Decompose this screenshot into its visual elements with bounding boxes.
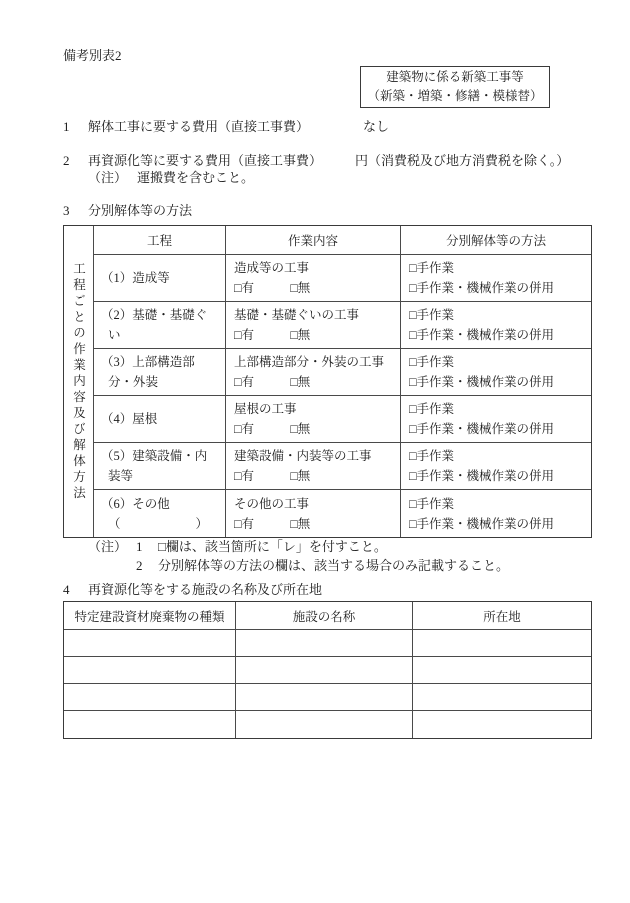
work-title: 建築設備・内装等の工事 bbox=[234, 446, 400, 466]
process-cell: （4）屋根 bbox=[94, 396, 226, 443]
process-name: （1）造成等 bbox=[101, 268, 225, 288]
work-title: 基礎・基礎ぐいの工事 bbox=[234, 305, 400, 325]
work-title: 屋根の工事 bbox=[234, 399, 400, 419]
process-cell: （6）その他 （ ） bbox=[94, 490, 226, 537]
facility-name-input-cell[interactable] bbox=[236, 630, 413, 657]
process-name-line2: 分・外装 bbox=[101, 372, 225, 392]
work-cell: 造成等の工事 □有 □無 bbox=[226, 255, 401, 302]
process-name: （4）屋根 bbox=[101, 409, 225, 429]
method-cell: □手作業 □手作業・機械作業の併用 bbox=[401, 302, 591, 349]
col-header-work: 作業内容 bbox=[226, 226, 401, 255]
note1-number: 1 bbox=[136, 539, 143, 555]
process-cell: （5）建築設備・内 装等 bbox=[94, 443, 226, 490]
method-option-manual[interactable]: □手作業 bbox=[409, 258, 591, 278]
work-title: 上部構造部分・外装の工事 bbox=[234, 352, 400, 372]
waste-type-input-cell[interactable] bbox=[64, 630, 236, 657]
method-option-combined[interactable]: □手作業・機械作業の併用 bbox=[409, 372, 591, 392]
col-header-method: 分別解体等の方法 bbox=[401, 226, 591, 255]
item2-number: 2 bbox=[63, 153, 70, 169]
work-cell: 屋根の工事 □有 □無 bbox=[226, 396, 401, 443]
method-table: 工程ごとの作業内容及び解体方法 工程 作業内容 分別解体等の方法 （1）造成等 … bbox=[63, 225, 592, 538]
item2-note-label: （注） bbox=[88, 170, 127, 186]
location-input-cell[interactable] bbox=[413, 630, 591, 657]
item2-note-text: 運搬費を含むこと。 bbox=[137, 170, 254, 186]
method-option-manual[interactable]: □手作業 bbox=[409, 352, 591, 372]
location-input-cell[interactable] bbox=[413, 657, 591, 684]
location-input-cell[interactable] bbox=[413, 684, 591, 711]
facility-name-input-cell[interactable] bbox=[236, 684, 413, 711]
facility-name-input-cell[interactable] bbox=[236, 711, 413, 738]
waste-type-input-cell[interactable] bbox=[64, 684, 236, 711]
item1-value: なし bbox=[363, 119, 389, 135]
process-cell: （1）造成等 bbox=[94, 255, 226, 302]
method-option-combined[interactable]: □手作業・機械作業の併用 bbox=[409, 419, 591, 439]
checkbox-no[interactable]: □無 bbox=[290, 281, 310, 295]
checkbox-yes[interactable]: □有 bbox=[234, 328, 254, 342]
work-type-line1: 建築物に係る新築工事等 bbox=[361, 68, 549, 87]
item3-number: 3 bbox=[63, 203, 70, 219]
checkbox-yes[interactable]: □有 bbox=[234, 517, 254, 531]
item4-heading: 4 再資源化等をする施設の名称及び所在地 bbox=[0, 582, 630, 598]
item1-number: 1 bbox=[63, 119, 70, 135]
method-option-combined[interactable]: □手作業・機械作業の併用 bbox=[409, 325, 591, 345]
work-title: その他の工事 bbox=[234, 494, 400, 514]
facility-header-location: 所在地 bbox=[413, 602, 591, 630]
method-option-manual[interactable]: □手作業 bbox=[409, 399, 591, 419]
work-type-box: 建築物に係る新築工事等 （新築・増築・修繕・模様替） bbox=[360, 66, 550, 108]
item4-label: 再資源化等をする施設の名称及び所在地 bbox=[88, 582, 322, 598]
document-page: { "colors": { "ink": "#1c1c1c", "paper":… bbox=[0, 0, 630, 903]
method-option-manual[interactable]: □手作業 bbox=[409, 446, 591, 466]
process-cell: （2）基礎・基礎ぐ い bbox=[94, 302, 226, 349]
item3-label: 分別解体等の方法 bbox=[88, 203, 192, 219]
location-input-cell[interactable] bbox=[413, 711, 591, 738]
checkbox-no[interactable]: □無 bbox=[290, 375, 310, 389]
work-type-line2: （新築・増築・修繕・模様替） bbox=[361, 87, 549, 106]
table-note-2: 2 分別解体等の方法の欄は、該当する場合のみ記載すること。 bbox=[0, 558, 630, 574]
checkbox-yes[interactable]: □有 bbox=[234, 281, 254, 295]
page-title: 備考別表2 bbox=[63, 48, 122, 64]
process-name-line2: い bbox=[101, 325, 225, 345]
checkbox-no[interactable]: □無 bbox=[290, 469, 310, 483]
item3-heading: 3 分別解体等の方法 bbox=[0, 203, 630, 219]
process-name-line2: （ ） bbox=[101, 514, 225, 534]
facility-header-name: 施設の名称 bbox=[236, 602, 413, 630]
work-cell: 上部構造部分・外装の工事 □有 □無 bbox=[226, 349, 401, 396]
item1-label: 解体工事に要する費用（直接工事費） bbox=[88, 119, 309, 135]
process-name-line2: 装等 bbox=[101, 466, 225, 486]
note1-text: □欄は、該当箇所に「レ」を付すこと。 bbox=[158, 539, 387, 555]
method-table-side-label-cell: 工程ごとの作業内容及び解体方法 bbox=[64, 226, 94, 537]
item2-line: 2 再資源化等に要する費用（直接工事費） 円（消費税及び地方消費税を除く。） bbox=[0, 153, 630, 169]
note2-number: 2 bbox=[136, 558, 143, 574]
work-cell: 基礎・基礎ぐいの工事 □有 □無 bbox=[226, 302, 401, 349]
method-cell: □手作業 □手作業・機械作業の併用 bbox=[401, 349, 591, 396]
checkbox-no[interactable]: □無 bbox=[290, 517, 310, 531]
checkbox-no[interactable]: □無 bbox=[290, 422, 310, 436]
table-notes-label: （注） bbox=[88, 539, 127, 555]
method-cell: □手作業 □手作業・機械作業の併用 bbox=[401, 255, 591, 302]
method-cell: □手作業 □手作業・機械作業の併用 bbox=[401, 490, 591, 537]
process-cell: （3）上部構造部 分・外装 bbox=[94, 349, 226, 396]
method-option-combined[interactable]: □手作業・機械作業の併用 bbox=[409, 466, 591, 486]
item2-value: 円（消費税及び地方消費税を除く。） bbox=[355, 153, 569, 169]
facility-table: 特定建設資材廃棄物の種類 施設の名称 所在地 bbox=[63, 601, 592, 739]
table-note-1: （注） 1 □欄は、該当箇所に「レ」を付すこと。 bbox=[0, 539, 630, 555]
method-option-combined[interactable]: □手作業・機械作業の併用 bbox=[409, 278, 591, 298]
checkbox-yes[interactable]: □有 bbox=[234, 469, 254, 483]
checkbox-yes[interactable]: □有 bbox=[234, 422, 254, 436]
method-cell: □手作業 □手作業・機械作業の併用 bbox=[401, 443, 591, 490]
process-name: （2）基礎・基礎ぐ bbox=[101, 305, 225, 325]
item2-note-line: （注） 運搬費を含むこと。 bbox=[0, 170, 630, 186]
process-name: （6）その他 bbox=[101, 494, 225, 514]
waste-type-input-cell[interactable] bbox=[64, 657, 236, 684]
process-name: （3）上部構造部 bbox=[101, 352, 225, 372]
col-header-process: 工程 bbox=[94, 226, 226, 255]
checkbox-no[interactable]: □無 bbox=[290, 328, 310, 342]
waste-type-input-cell[interactable] bbox=[64, 711, 236, 738]
item1-line: 1 解体工事に要する費用（直接工事費） なし bbox=[0, 119, 630, 135]
method-option-manual[interactable]: □手作業 bbox=[409, 305, 591, 325]
note2-text: 分別解体等の方法の欄は、該当する場合のみ記載すること。 bbox=[158, 558, 509, 574]
method-option-manual[interactable]: □手作業 bbox=[409, 494, 591, 514]
side-label: 工程ごとの作業内容及び解体方法 bbox=[70, 262, 88, 502]
work-cell: その他の工事 □有 □無 bbox=[226, 490, 401, 537]
process-name: （5）建築設備・内 bbox=[101, 446, 225, 466]
item2-label: 再資源化等に要する費用（直接工事費） bbox=[88, 153, 322, 169]
checkbox-yes[interactable]: □有 bbox=[234, 375, 254, 389]
work-cell: 建築設備・内装等の工事 □有 □無 bbox=[226, 443, 401, 490]
facility-name-input-cell[interactable] bbox=[236, 657, 413, 684]
method-cell: □手作業 □手作業・機械作業の併用 bbox=[401, 396, 591, 443]
method-option-combined[interactable]: □手作業・機械作業の併用 bbox=[409, 514, 591, 534]
item4-number: 4 bbox=[63, 582, 70, 598]
facility-header-waste-type: 特定建設資材廃棄物の種類 bbox=[64, 602, 236, 630]
work-title: 造成等の工事 bbox=[234, 258, 400, 278]
